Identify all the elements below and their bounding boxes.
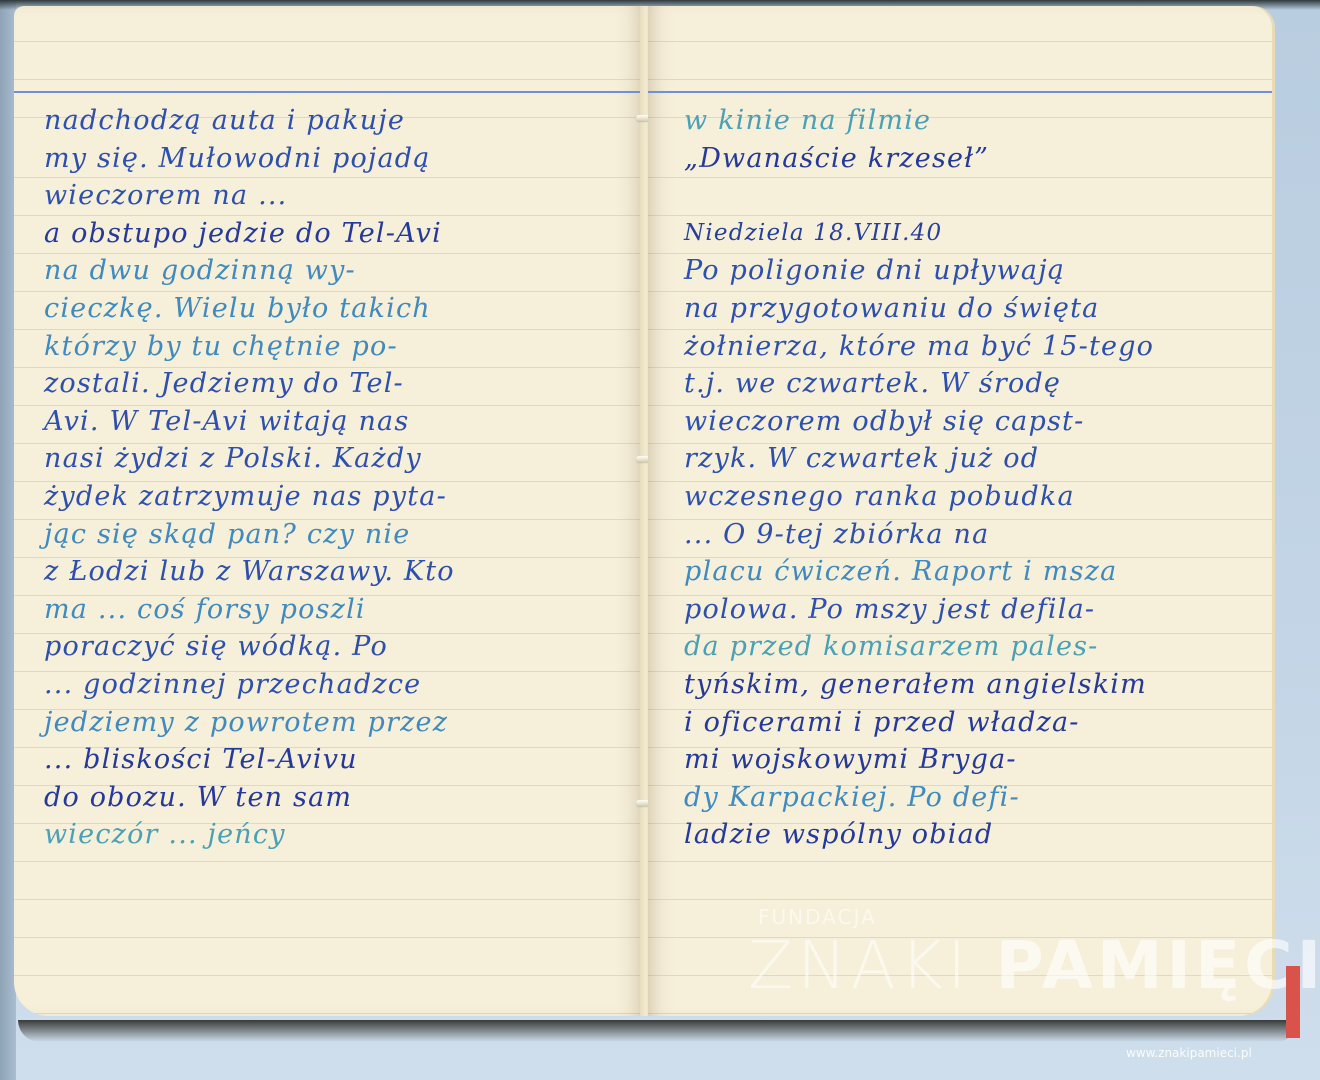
entry-date-heading: Niedziela 18.VIII.40 bbox=[684, 215, 1250, 253]
right-page: w kinie na filmie „Dwanaście krzeseł” Ni… bbox=[648, 6, 1272, 1016]
handwritten-line: na dwu godzinną wy- bbox=[44, 252, 620, 290]
handwritten-line: a obstupo jedzie do Tel-Avi bbox=[44, 215, 620, 253]
handwritten-line: na przygotowaniu do święta bbox=[684, 290, 1250, 328]
handwritten-line: ... bliskości Tel-Avivu bbox=[44, 741, 620, 779]
handwritten-line: żydek zatrzymuje nas pyta- bbox=[44, 478, 620, 516]
handwritten-line: wieczór ... jeńcy bbox=[44, 816, 620, 854]
watermark-url: www.znakipamieci.pl bbox=[1126, 1046, 1252, 1060]
handwritten-line: rzyk. W czwartek już od bbox=[684, 440, 1250, 478]
handwritten-line: ... godzinnej przechadzce bbox=[44, 666, 620, 704]
handwritten-line: wieczorem odbył się capst- bbox=[684, 403, 1250, 441]
left-page-lines: nadchodzą auta i pakuje my się. Mułowodn… bbox=[14, 102, 644, 854]
handwritten-line: nasi żydzi z Polski. Każdy bbox=[44, 440, 620, 478]
handwritten-line: Po poligonie dni upływają bbox=[684, 252, 1250, 290]
watermark-red-bar bbox=[1286, 966, 1300, 1038]
handwritten-line: dy Karpackiej. Po defi- bbox=[684, 779, 1250, 817]
handwritten-line: tyńskim, generałem angielskim bbox=[684, 666, 1250, 704]
handwritten-line: wieczorem na ... bbox=[44, 177, 620, 215]
handwritten-line: którzy by tu chętnie po- bbox=[44, 328, 620, 366]
handwritten-line: jedziemy z powrotem przez bbox=[44, 704, 620, 742]
handwritten-line: ladzie wspólny obiad bbox=[684, 816, 1250, 854]
handwritten-line: nadchodzą auta i pakuje bbox=[44, 102, 620, 140]
left-page: nadchodzą auta i pakuje my się. Mułowodn… bbox=[14, 6, 644, 1016]
notebook-bottom-shadow bbox=[18, 1020, 1298, 1042]
right-page-lines: w kinie na filmie „Dwanaście krzeseł” Ni… bbox=[648, 102, 1272, 854]
handwritten-line: my się. Mułowodni pojadą bbox=[44, 140, 620, 178]
handwritten-line: ma ... coś forsy poszli bbox=[44, 591, 620, 629]
handwritten-line: wczesnego ranka pobudka bbox=[684, 478, 1250, 516]
handwritten-line: do obozu. W ten sam bbox=[44, 779, 620, 817]
handwritten-line: t.j. we czwartek. W środę bbox=[684, 365, 1250, 403]
handwritten-line: jąc się skąd pan? czy nie bbox=[44, 516, 620, 554]
handwritten-line-film-title: „Dwanaście krzeseł” bbox=[684, 140, 1250, 178]
header-rule bbox=[14, 91, 644, 93]
handwritten-line: placu ćwiczeń. Raport i msza bbox=[684, 553, 1250, 591]
handwritten-line: ... O 9-tej zbiórka na bbox=[684, 516, 1250, 554]
handwritten-line: i oficerami i przed władza- bbox=[684, 704, 1250, 742]
handwritten-line: z Łodzi lub z Warszawy. Kto bbox=[44, 553, 620, 591]
handwritten-line: polowa. Po mszy jest defila- bbox=[684, 591, 1250, 629]
handwritten-line: mi wojskowymi Bryga- bbox=[684, 741, 1250, 779]
handwritten-line: żołnierza, które ma być 15-tego bbox=[684, 328, 1250, 366]
handwritten-line: cieczkę. Wielu było takich bbox=[44, 290, 620, 328]
handwritten-line: poraczyć się wódką. Po bbox=[44, 628, 620, 666]
handwritten-line: w kinie na filmie bbox=[684, 102, 1250, 140]
blank-line bbox=[684, 177, 1250, 215]
handwritten-line: da przed komisarzem pales- bbox=[684, 628, 1250, 666]
header-rule bbox=[648, 91, 1272, 93]
handwritten-line: Avi. W Tel-Avi witają nas bbox=[44, 403, 620, 441]
handwritten-line: zostali. Jedziemy do Tel- bbox=[44, 365, 620, 403]
